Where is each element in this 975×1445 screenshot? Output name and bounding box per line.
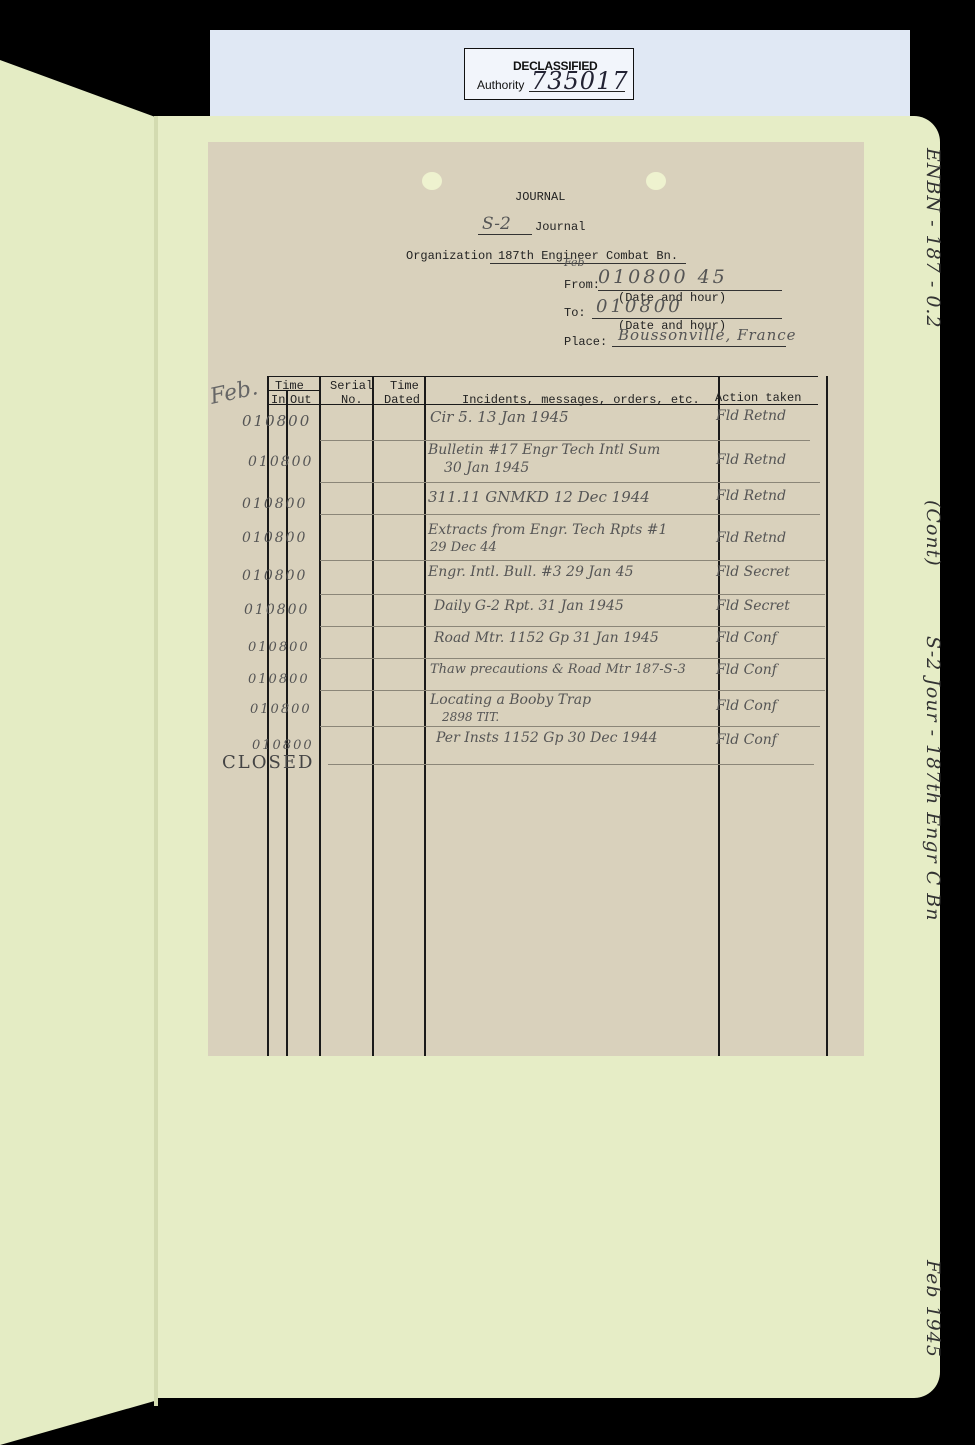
row-incident: Cir 5. 13 Jan 1945 — [430, 408, 569, 426]
row-time: 010800 — [242, 568, 307, 584]
header-action: Action taken — [715, 391, 801, 405]
closed-note: CLOSED — [222, 752, 314, 773]
row-time: 010800 — [248, 672, 310, 687]
row-separator-closed — [328, 764, 814, 765]
col-line-serial-dated — [372, 376, 374, 1056]
month-note: Feb. — [208, 375, 260, 409]
header-time-dated-1: Time — [390, 379, 419, 393]
table-top-border — [268, 376, 818, 377]
row-time: 010800 — [242, 412, 311, 430]
row-time: 010800 — [248, 640, 310, 655]
journal-heading: JOURNAL — [515, 190, 565, 204]
authority-underline — [529, 91, 625, 92]
journal-type-label: Journal — [535, 220, 585, 234]
to-value: 010800 — [596, 296, 683, 317]
col-line-out-serial — [319, 376, 321, 1056]
row-separator — [320, 440, 810, 441]
col-line-dated-incidents — [424, 376, 426, 1056]
row-action: Fld Conf — [716, 662, 777, 678]
row-incident: Thaw precautions & Road Mtr 187-S-3 — [430, 662, 686, 677]
header-time-in: In — [271, 393, 285, 407]
row-action: Fld Retnd — [716, 488, 786, 504]
row-separator — [320, 482, 820, 483]
tab-label-top: ENBN - 187 - 0.2 — [922, 148, 944, 329]
punch-hole-left — [422, 172, 442, 190]
row-separator — [320, 726, 820, 727]
authority-label: Authority — [477, 78, 524, 92]
organization-label: Organization — [406, 249, 492, 263]
from-value: 010800 45 — [598, 266, 728, 288]
row-incident-line2: 2898 TIT. — [442, 710, 499, 724]
tab-label-lower: S-2 Jour - 187th Engr C Bn — [922, 636, 944, 921]
col-line-in-out — [286, 390, 288, 1056]
header-serial: Serial — [330, 379, 373, 393]
journal-type-value: S-2 — [482, 214, 511, 234]
place-underline — [612, 346, 786, 347]
row-incident: Extracts from Engr. Tech Rpts #1 — [428, 522, 667, 538]
row-action: Fld Secret — [716, 564, 790, 580]
organization-value: 187th Engineer Combat Bn. — [498, 249, 678, 263]
punch-hole-right — [646, 172, 666, 190]
header-time-dated-2: Dated — [384, 393, 420, 407]
place-label: Place: — [564, 335, 607, 349]
row-incident: 311.11 GNMKD 12 Dec 1944 — [428, 488, 650, 506]
journal-page: JOURNAL S-2 Journal Organization 187th E… — [208, 142, 864, 1056]
row-action: Fld Secret — [716, 598, 790, 614]
col-line-incidents-action — [718, 376, 720, 1056]
row-action: Fld Retnd — [716, 408, 786, 424]
row-time: 010800 — [244, 602, 309, 618]
folder-left-flap — [0, 60, 158, 1445]
row-time: 010800 — [248, 454, 313, 470]
row-incident-line2: 29 Dec 44 — [430, 540, 497, 555]
header-time-out: Out — [290, 393, 312, 407]
row-time: 010800 — [242, 496, 307, 512]
row-action: Fld Conf — [716, 698, 777, 714]
row-incident: Daily G-2 Rpt. 31 Jan 1945 — [434, 598, 624, 614]
row-separator — [320, 626, 825, 627]
row-action: Fld Retnd — [716, 530, 786, 546]
row-time: 010800 — [250, 702, 312, 717]
from-label: From: — [564, 278, 600, 292]
from-month-note: Feb — [564, 256, 585, 269]
row-separator — [320, 690, 825, 691]
folder-spine — [154, 116, 158, 1406]
row-separator — [320, 514, 820, 515]
row-incident: Road Mtr. 1152 Gp 31 Jan 1945 — [434, 630, 659, 646]
row-time: 010800 — [252, 738, 314, 753]
organization-underline — [490, 263, 686, 264]
journal-type-underline — [478, 234, 532, 235]
row-separator — [320, 560, 825, 561]
header-incidents: Incidents, messages, orders, etc. — [462, 393, 700, 407]
place-value: Boussonville, France — [618, 326, 797, 344]
row-action: Fld Conf — [716, 630, 777, 646]
to-label: To: — [564, 306, 586, 320]
header-serial-no: No. — [341, 393, 363, 407]
row-time: 010800 — [242, 530, 307, 546]
row-incident: Locating a Booby Trap — [430, 692, 591, 708]
tab-label-middle: (Cont) — [922, 500, 944, 567]
row-action: Fld Retnd — [716, 452, 786, 468]
row-incident: Per Insts 1152 Gp 30 Dec 1944 — [436, 730, 658, 746]
row-separator — [320, 658, 825, 659]
col-line-action-right — [826, 376, 828, 1056]
row-incident-line2: 30 Jan 1945 — [444, 460, 529, 476]
header-time: Time — [275, 379, 304, 393]
row-incident: Engr. Intl. Bull. #3 29 Jan 45 — [428, 564, 634, 580]
tab-label-bottom: Feb 1945 — [922, 1260, 944, 1358]
row-incident: Bulletin #17 Engr Tech Intl Sum — [428, 442, 660, 458]
row-separator — [320, 594, 825, 595]
row-action: Fld Conf — [716, 732, 777, 748]
declassified-stamp: DECLASSIFIED Authority 735017 — [464, 48, 634, 100]
